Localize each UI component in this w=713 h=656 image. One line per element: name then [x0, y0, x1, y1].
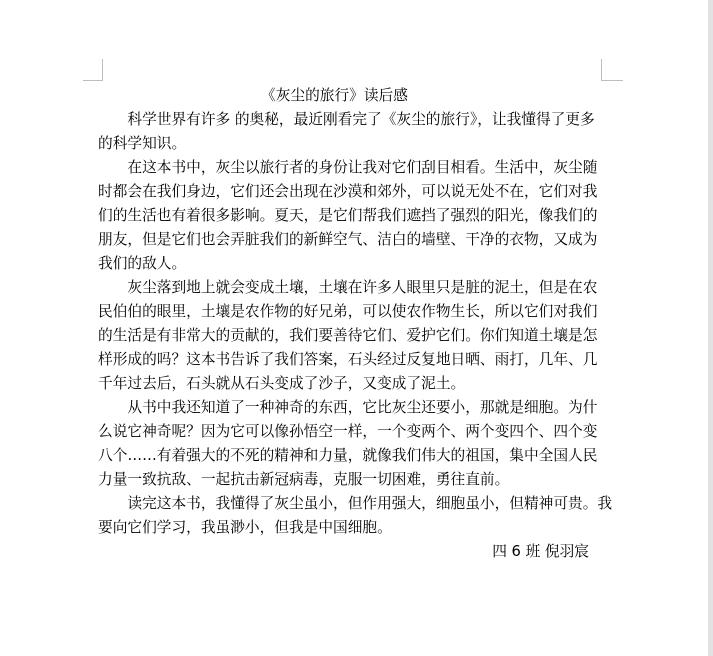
page-right-edge: [708, 0, 713, 656]
text-line: 灰尘落到地上就会变成土壤，土壤在许多人眼里只是脏的泥土，但是在农: [98, 276, 599, 300]
text-line: 读完这本书，我懂得了灰尘虽小，但作用强大，细胞虽小，但精神可贵。我: [98, 492, 599, 516]
text-line: 要向它们学习，我虽渺小，但我是中国细胞。: [98, 516, 599, 540]
text-line: 时都会在我们身边，它们还会出现在沙漠和郊外，可以说无处不在，它们对我: [98, 180, 599, 204]
text-line: 样形成的吗？这本书告诉了我们答案，石头经过反复地日晒、雨打，几年、几: [98, 348, 599, 372]
text-line: 力量一致抗敌、一起抗击新冠病毒，克服一切困难，勇往直前。: [98, 468, 599, 492]
document-title: 《灰尘的旅行》读后感: [84, 84, 585, 108]
signature-line: 四 6 班 倪羽宸: [98, 540, 599, 564]
text-line: 们的生活也有着很多影响。夏天，是它们帮我们遮挡了强烈的阳光，像我们的: [98, 204, 599, 228]
text-line: 朋友，但是它们也会弄脏我们的新鲜空气、洁白的墙壁、干净的衣物，又成为: [98, 228, 599, 252]
text-line: 从书中我还知道了一种神奇的东西，它比灰尘还要小，那就是细胞。为什: [98, 396, 599, 420]
document-canvas[interactable]: 《灰尘的旅行》读后感 科学世界有许多 的奥秘，最近刚看完了《灰尘的旅行》，让我懂…: [98, 84, 599, 564]
text-line: 民伯伯的眼里，土壤是农作物的好兄弟，可以使农作物生长，所以它们对我们: [98, 300, 599, 324]
text-line: 八个……有着强大的不死的精神和力量，就像我们伟大的祖国，集中全国人民: [98, 444, 599, 468]
text-boundary-mark-top-right-vertical: [601, 59, 602, 81]
text-boundary-mark-top-left-horizontal: [83, 80, 103, 81]
document-body: 科学世界有许多 的奥秘，最近刚看完了《灰尘的旅行》，让我懂得了更多的科学知识。在…: [98, 108, 599, 540]
text-line: 在这本书中，灰尘以旅行者的身份让我对它们刮目相看。生活中，灰尘随: [98, 156, 599, 180]
text-line: 的科学知识。: [98, 132, 599, 156]
text-boundary-mark-top-left-vertical: [102, 59, 103, 81]
text-line: 科学世界有许多 的奥秘，最近刚看完了《灰尘的旅行》，让我懂得了更多: [98, 108, 599, 132]
document-page: 《灰尘的旅行》读后感 科学世界有许多 的奥秘，最近刚看完了《灰尘的旅行》，让我懂…: [0, 0, 713, 656]
text-boundary-mark-top-right-horizontal: [601, 80, 623, 81]
text-line: 千年过去后，石头就从石头变成了沙子，又变成了泥土。: [98, 372, 599, 396]
text-line: 我们的敌人。: [98, 252, 599, 276]
text-line: 的生活是有非常大的贡献的，我们要善待它们、爱护它们。你们知道土壤是怎: [98, 324, 599, 348]
text-line: 么说它神奇呢？因为它可以像孙悟空一样，一个变两个、两个变四个、四个变: [98, 420, 599, 444]
